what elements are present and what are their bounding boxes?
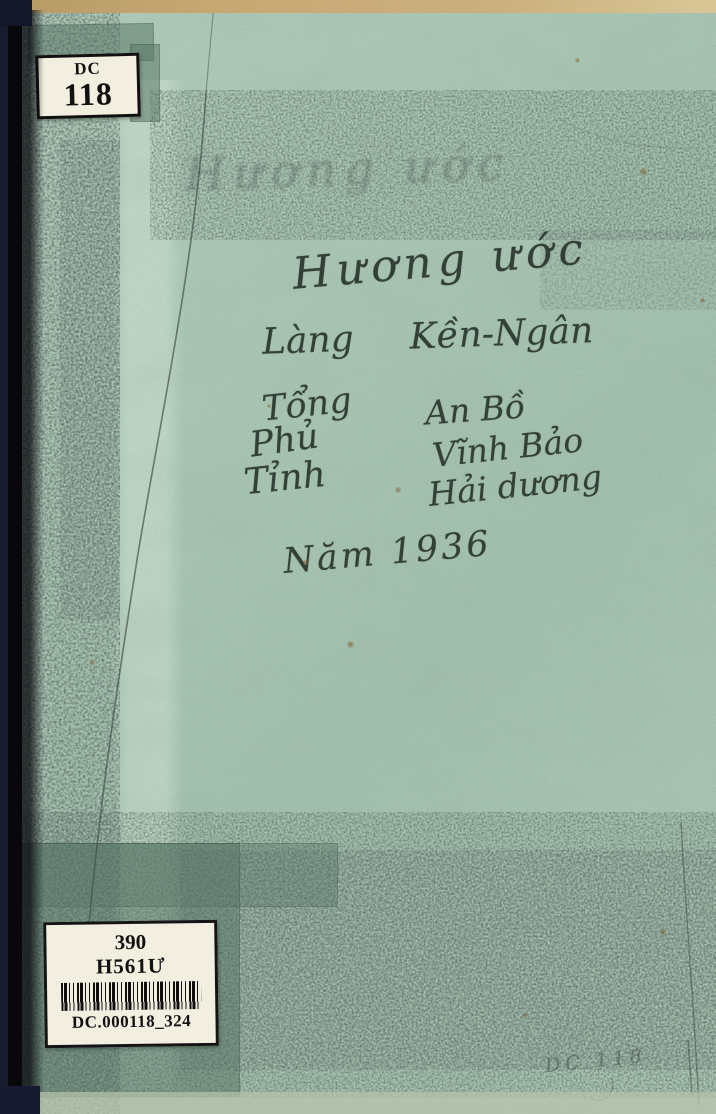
cutter-number: H561Ư <box>47 953 215 979</box>
book-cover-scan: Hương ước Hương ước Làng Kền-Ngân Tổng P… <box>0 0 716 1114</box>
ghost-handwriting: Hương ước <box>184 136 512 201</box>
barcode <box>61 981 201 1011</box>
year-line: Năm 1936 <box>282 524 494 582</box>
class-number: 390 <box>46 929 214 955</box>
village-label: Làng <box>261 319 354 363</box>
corner-bottom-left <box>0 1086 40 1114</box>
call-number-label-top: DC 118 <box>35 53 141 120</box>
barcode-number: DC.000118_324 <box>47 1011 215 1033</box>
top-edge <box>0 0 716 13</box>
fox-spot <box>640 168 647 175</box>
handwritten-title: Hương ước <box>290 223 590 300</box>
admin-right-anbo: An Bồ <box>424 387 526 433</box>
call-number-value: 118 <box>39 78 138 111</box>
fox-spot <box>90 660 95 665</box>
village-name: Kền-Ngân <box>409 310 594 357</box>
admin-left-tinh: Tỉnh <box>242 454 328 503</box>
fox-spot <box>347 641 354 648</box>
fox-spot <box>700 298 705 303</box>
fox-spot <box>267 404 271 408</box>
fox-spot <box>575 58 580 63</box>
fox-spot <box>523 1013 528 1018</box>
barcode-label: 390 H561Ư DC.000118_324 <box>43 920 219 1048</box>
fox-spot <box>395 487 401 493</box>
fox-spot <box>660 929 666 935</box>
bottom-edge <box>30 1092 716 1114</box>
village-line: Làng Kền-Ngân <box>261 310 593 363</box>
corner-pencil-note: DC 118 <box>544 1045 648 1078</box>
corner-top-left <box>0 0 32 26</box>
fox-spot <box>303 560 308 565</box>
spine-shadow <box>0 10 44 1114</box>
